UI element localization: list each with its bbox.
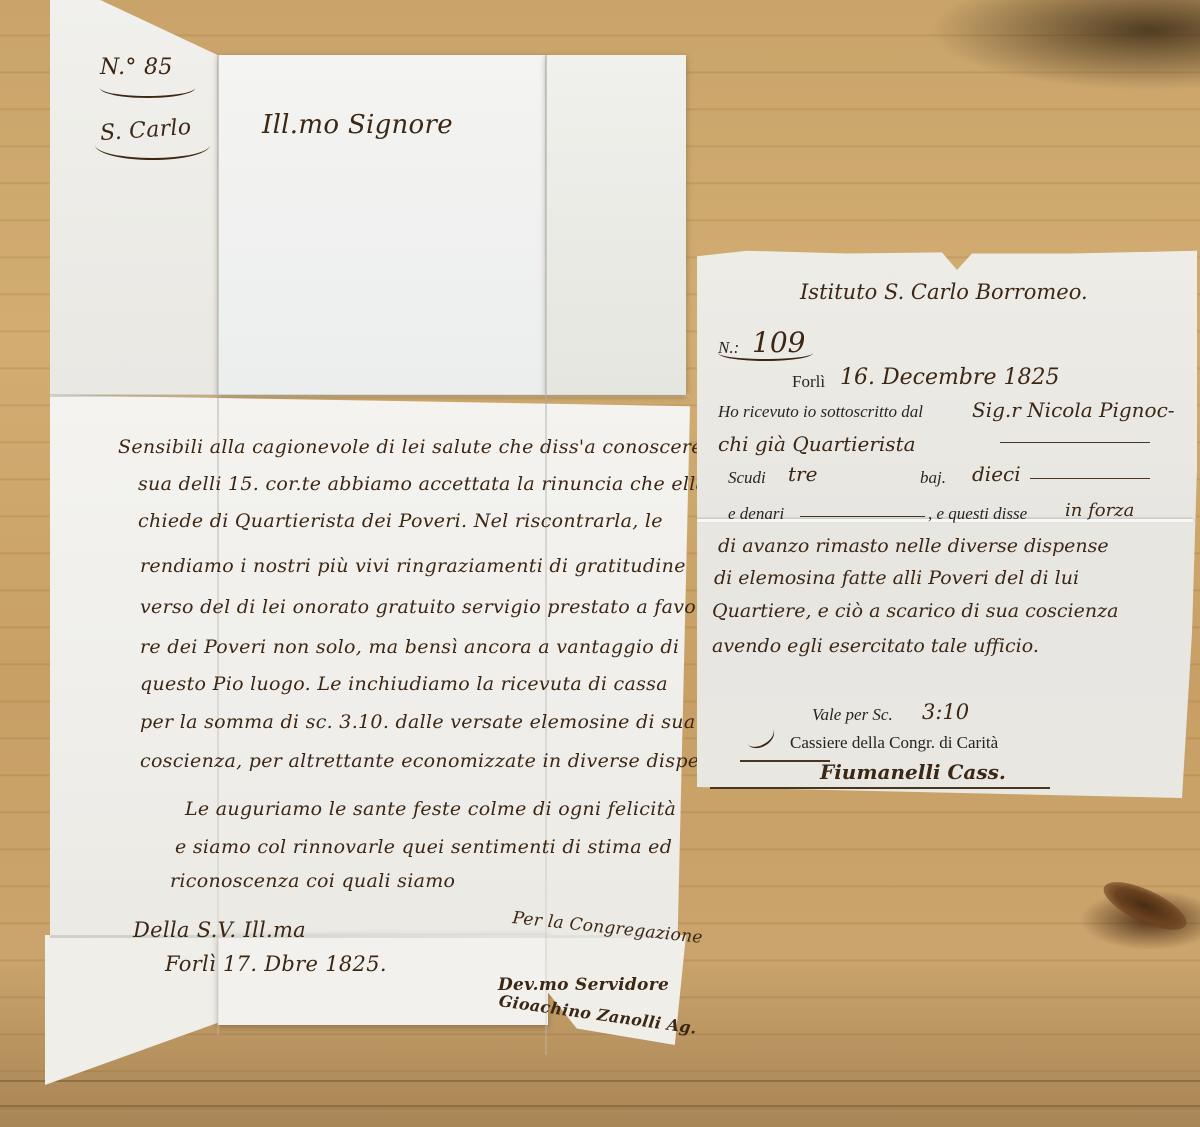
letter-body-line: riconoscenza coi quali siamo — [170, 872, 455, 891]
receipt-cashier-signature: Fiumanelli Cass. — [820, 760, 1006, 784]
receipt-reason-line: in forza — [1065, 500, 1134, 521]
docket-flourish — [95, 130, 210, 160]
letter-salutation: Ill.mo Signore — [262, 110, 453, 140]
letter-flap-top-center — [218, 55, 546, 395]
letter-flap-top-right — [546, 55, 686, 395]
receipt-reason-line: Quartiere, e ciò a scarico di sua coscie… — [712, 600, 1118, 622]
receipt-blank-rule — [1030, 478, 1150, 479]
docket-flourish — [100, 78, 195, 98]
letter-body-line: Sensibili alla cagionevole di lei salute… — [118, 438, 744, 457]
receipt-blank-rule — [1000, 442, 1150, 443]
letter-body-line: verso del di lei onorato gratuito servig… — [140, 598, 703, 617]
letter-body-line: re dei Poveri non solo, ma bensì ancora … — [140, 638, 679, 657]
folded-letter: N.° 85 S. Carlo Ill.mo Signore Sensibili… — [0, 0, 700, 1127]
letter-place-date: Forlì 17. Dbre 1825. — [165, 952, 387, 976]
letter-body-line: questo Pio luogo. Le inchiudiamo la rice… — [140, 675, 668, 694]
letter-closing: Della S.V. Ill.ma — [133, 918, 306, 942]
letter-body-line: rendiamo i nostri più vivi ringraziament… — [140, 557, 686, 576]
letter-body-line: per la somma di sc. 3.10. dalle versate … — [140, 713, 695, 732]
receipt-baj-value: dieci — [972, 462, 1021, 486]
receipt-received-from: chi già Quartierista — [718, 432, 916, 456]
receipt-signature-underline — [710, 787, 1050, 789]
receipt-received-from: Sig.r Nicola Pignoc- — [972, 398, 1175, 422]
letter-body-line: coscienza, per altrettante economizzate … — [140, 752, 733, 771]
receipt-cashier-label: Cassiere della Congr. di Carità — [790, 733, 998, 753]
receipt-disse-label: , e questi disse — [928, 504, 1027, 524]
letter-body-line: chiede di Quartierista dei Poveri. Nel r… — [138, 512, 663, 531]
receipt-baj-label: baj. — [920, 468, 946, 488]
letter-body-line: e siamo col rinnovarle quei sentimenti d… — [175, 838, 672, 857]
letter-body-line: sua delli 15. cor.te abbiamo accettata l… — [138, 475, 733, 494]
receipt-header: Istituto S. Carlo Borromeo. — [800, 280, 1088, 304]
fold-crease — [50, 394, 690, 397]
letter-signature-line2: Dev.mo Servidore — [498, 975, 669, 995]
receipt-vale-label: Vale per Sc. — [812, 705, 893, 725]
letter-body-line: Le auguriamo le sante feste colme di ogn… — [185, 800, 676, 819]
receipt-reason-line: avendo egli esercitato tale ufficio. — [712, 635, 1039, 657]
receipt-received-label: Ho ricevuto io sottoscritto dal — [718, 402, 923, 422]
receipt-scudi-label: Scudi — [728, 468, 766, 488]
receipt-reason-line: di elemosina fatte alli Poveri del di lu… — [714, 567, 1079, 589]
receipt-place-label: Forlì — [792, 372, 825, 392]
receipt-reason-line: di avanzo rimasto nelle diverse dispense — [718, 535, 1109, 557]
receipt-date-value: 16. Decembre 1825 — [840, 365, 1059, 390]
wood-knot — [1097, 872, 1192, 939]
receipt-signature-underline — [740, 760, 830, 762]
docket-number: N.° 85 — [100, 55, 173, 80]
receipt-denari-blank — [800, 516, 925, 517]
receipt-scudi-value: tre — [788, 462, 817, 486]
receipt-vale-value: 3:10 — [922, 700, 969, 724]
receipt-denari-label: e denari — [728, 504, 784, 524]
receipt-number-flourish — [718, 345, 813, 361]
